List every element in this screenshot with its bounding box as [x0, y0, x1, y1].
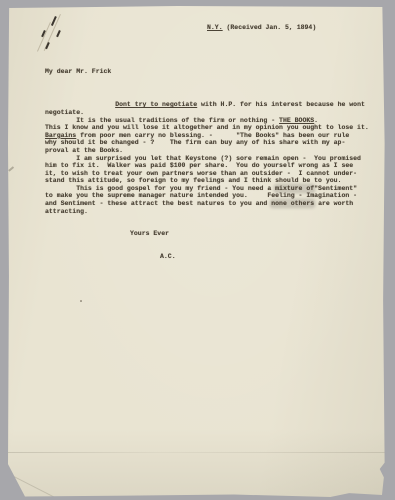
letter-line: negotiate. [45, 109, 381, 117]
letter-line: proval at the Books. [45, 147, 381, 155]
corner-crease [10, 474, 62, 500]
letter-line: to make you the supreme manager nature i… [45, 192, 381, 200]
letter-segment: Bargains [45, 132, 76, 139]
letter-segment: This I know and you will lose it altoget… [45, 124, 369, 131]
letter-segment: It is the usual traditions of the firm o… [45, 117, 279, 124]
letter-segment: are worth [314, 200, 353, 207]
letter-segment: negotiate. [45, 109, 84, 116]
letter-line: why should it be changed - ? The firm ca… [45, 139, 381, 147]
letter-line: attracting. [45, 208, 381, 216]
letter-segment: proval at the Books. [45, 147, 123, 154]
letter-segment: stand this attitude, so foreign to my fe… [45, 177, 341, 184]
fold-crease [8, 452, 385, 453]
letter-line: him to fix it. Walker was paid $100 per … [45, 162, 381, 170]
letter-line: I am surprised you let that Keystone (?)… [45, 155, 381, 163]
dateline: N.Y. (Received Jan. 5, 1894) [207, 24, 316, 32]
letter-segment [45, 101, 115, 108]
letter-body: Dont try to negotiate with H.P. for his … [45, 101, 381, 215]
letter-segment: and Sentiment - these attract the best n… [45, 200, 271, 207]
letter-line: Dont try to negotiate with H.P. for his … [45, 101, 381, 109]
letter-segment: with H.P. for his interest because he wo… [197, 101, 365, 108]
dateline-received: (Received Jan. 5, 1894) [223, 24, 317, 31]
closing: Yours Ever [130, 230, 381, 238]
letter-segment: This is good gospel for you my friend - … [45, 185, 275, 192]
letter-segment: mixture of [275, 185, 314, 192]
letter-segment: Dont try to negotiate [115, 101, 197, 108]
letter-segment: attracting. [45, 208, 88, 215]
letter-paper: N.Y. (Received Jan. 5, 1894) My dear Mr.… [8, 6, 385, 497]
letter-line: and Sentiment - these attract the best n… [45, 200, 381, 208]
letter-segment: him to fix it. Walker was paid $100 per … [45, 162, 353, 169]
letter-segment: to make you the supreme manager nature i… [45, 192, 357, 199]
salutation: My dear Mr. Frick [45, 68, 381, 76]
letter-segment: it, to wish to treat your own partners w… [45, 170, 357, 177]
edge-notch [8, 166, 14, 171]
dateline-place: N.Y. [207, 24, 223, 31]
letter-segment: from poor men carry no blessing. - "The … [76, 132, 349, 139]
paper-speck [80, 300, 82, 302]
letter-segment: why should it be changed - ? The firm ca… [45, 139, 345, 146]
letter-segment: THE BOOKS [279, 117, 314, 124]
signature: A.C. [160, 253, 381, 261]
letter-segment: none others [271, 200, 314, 207]
letter-segment: . [314, 117, 318, 124]
letter-segment: "Sentiment" [314, 185, 357, 192]
pencil-tick-icon [56, 30, 60, 37]
letter-text: My dear Mr. Frick Dont try to negotiate … [45, 53, 381, 276]
letter-segment: I am surprised you let that Keystone (?)… [45, 155, 361, 162]
letter-line: stand this attitude, so foreign to my fe… [45, 177, 381, 185]
letter-line: It is the usual traditions of the firm o… [45, 117, 381, 125]
letter-line: This I know and you will lose it altoget… [45, 124, 381, 132]
